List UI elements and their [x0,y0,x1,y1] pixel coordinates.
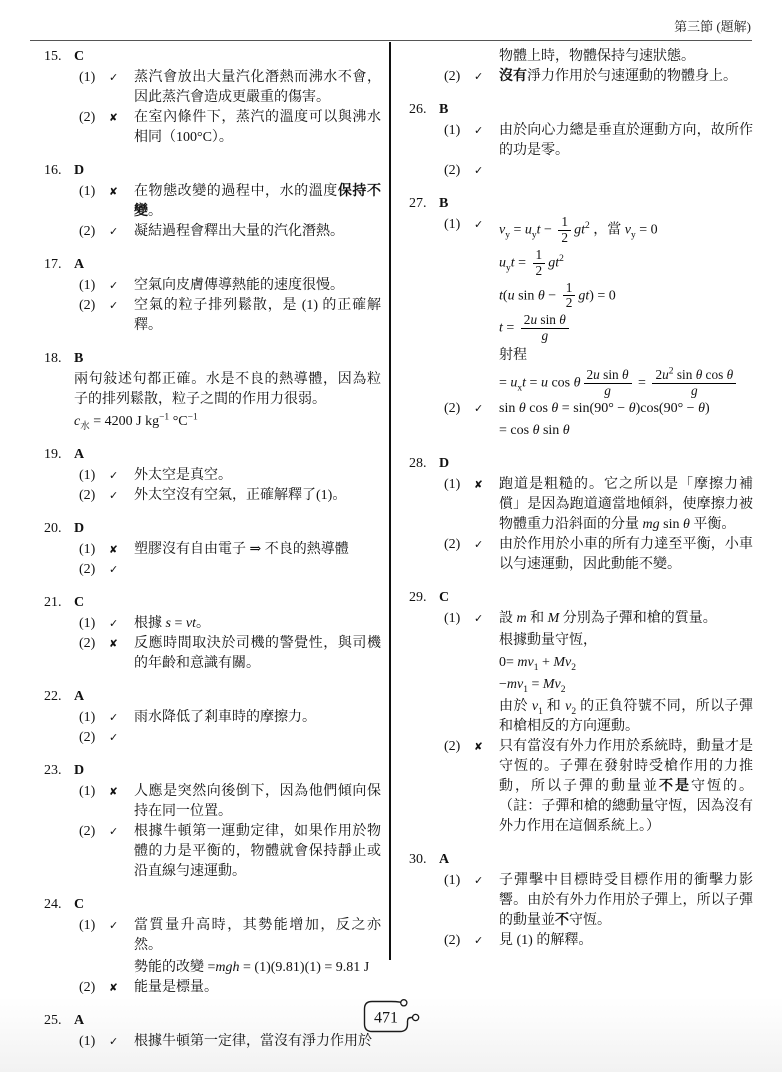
text-line: 凝結過程會釋出大量的汽化潛熱。 [134,222,381,242]
answer-item-30: 30.A(1)✓子彈擊中目標時受目標作用的衝擊力影響。由於有外力作用於子彈上，所… [409,850,753,951]
text-segment: Mv [543,677,561,692]
part-label: (2) [444,535,474,555]
answer-letter: C [74,49,84,64]
question-number: 24. [44,895,74,915]
text-segment: 2 [561,685,566,695]
check-icon: ✓ [474,609,499,629]
text-line: 在室內條件下，蒸汽的溫度可以與沸水相同（100°C）。 [134,108,381,148]
fraction-numerator: 2u sin θ [521,313,569,328]
answer-item-20: 20.D(1)✘塑膠沒有自由電子 ⇒ 不良的熱導體(2)✓ [44,519,381,580]
fraction: 12 [558,215,571,246]
question-number: 23. [44,761,74,781]
check-icon: ✓ [474,535,499,555]
check-icon: ✓ [109,276,134,296]
part-text: 見 (1) 的解釋。 [499,931,753,951]
part-text: 凝結過程會釋出大量的汽化潛熱。 [134,222,381,242]
text-segment: −1 [188,412,198,422]
cross-icon: ✘ [109,540,134,560]
text-segment: u [508,288,515,303]
answer-heading: 24.C [44,895,381,915]
text-line: 跑道是粗糙的。它之所以是「摩擦力補償」是因為跑道適當地傾斜，使摩擦力被物體重力沿… [499,475,753,535]
column-divider [389,42,391,960]
text-segment: 水 [80,422,90,432]
answer-heading: 19.A [44,445,381,465]
part-label: (1) [79,276,109,296]
text-line: vy = uyt − 12gt2 ，當 vy = 0 [499,215,753,246]
text-segment: θ [727,367,734,382]
answer-part: (1)✓雨水降低了剎車時的摩擦力。 [79,708,381,728]
text-line: sin θ cos θ = sin(90° − θ)cos(90° − θ) [499,399,753,419]
part-label: (1) [79,916,109,936]
text-segment: θ [683,517,690,532]
answer-part: 物體上時，物體保持勻速狀態。 [444,47,753,67]
part-label: (1) [79,540,109,560]
text-segment: 不是 [659,779,691,794]
text-segment: 2 [559,254,564,264]
part-label: (2) [79,486,109,506]
answer-item-continued: 物體上時，物體保持勻速狀態。(2)✓沒有淨力作用於勻速運動的物體身上。 [409,47,753,87]
fraction-denominator: 2 [533,263,546,279]
text-line: t(u sin θ − 12gt) = 0 [499,281,753,312]
question-number: 15. [44,47,74,67]
text-line: 人應是突然向後倒下，因為他們傾向保持在同一位置。 [134,782,381,822]
text-line: 空氣的粒子排列鬆散，是 (1) 的正確解釋。 [134,296,381,336]
part-label: (1) [79,466,109,486]
check-icon: ✓ [109,916,134,936]
text-line: 射程 [499,346,753,366]
text-line: 見 (1) 的解釋。 [499,931,753,951]
part-label: (2) [79,822,109,842]
answer-part: (1)✓子彈擊中目標時受目標作用的衝擊力影響。由於有外力作用於子彈上，所以子彈的… [444,871,753,931]
part-text: 根據牛頓第一運動定律，如果作用於物體的力是平衡的，物體就會保持靜止或沿直線勻速運… [134,822,381,882]
answer-part: (2)✓sin θ cos θ = sin(90° − θ)cos(90° − … [444,399,753,441]
check-icon: ✓ [474,399,499,419]
answer-item-15: 15.C(1)✓蒸汽會放出大量汽化潛熱而沸水不會，因此蒸汽會造成更嚴重的傷害。(… [44,47,381,148]
part-label: (2) [79,296,109,316]
check-icon: ✓ [109,68,134,88]
answer-item-16: 16.D(1)✘在物態改變的過程中，水的溫度保持不變。(2)✓凝結過程會釋出大量… [44,161,381,242]
question-number: 26. [409,100,439,120]
text-line: 空氣向皮膚傳導熱能的速度很慢。 [134,276,381,296]
check-icon: ✓ [474,931,499,951]
answer-heading: 15.C [44,47,381,67]
text-line: 能量是標量。 [134,978,381,998]
text-segment: 1 [534,663,539,673]
answer-part: (2)✓由於作用於小車的所有力達至平衡，小車以勻速運動，因此動能不變。 [444,535,753,575]
text-segment: 2 [585,221,590,231]
text-segment: M [548,611,560,626]
answer-heading: 25.A [44,1011,381,1031]
answer-letter: D [74,763,84,778]
part-text: sin θ cos θ = sin(90° − θ)cos(90° − θ)= … [499,399,753,441]
answer-part: (2)✓外太空沒有空氣，正確解釋了(1)。 [79,486,381,506]
question-number: 17. [44,255,74,275]
text-segment: u [593,367,600,382]
answer-heading: 28.D [409,454,753,474]
answer-part: (1)✓根據 s = vt。 [79,614,381,634]
text-segment: vt [186,616,196,631]
text-line: 當質量升高時，其勢能增加，反之亦然。 [134,916,381,956]
answer-part: (1)✘在物態改變的過程中，水的溫度保持不變。 [79,182,381,222]
question-number: 22. [44,687,74,707]
part-label: (1) [444,475,474,495]
part-label: (2) [444,737,474,757]
text-segment: 保持不變 [134,184,381,219]
answer-part: (1)✓根據牛頓第一定律，當沒有淨力作用於 [79,1032,381,1052]
part-text: 雨水降低了剎車時的摩擦力。 [134,708,381,728]
answer-heading: 30.A [409,850,753,870]
text-segment: s [166,616,171,631]
part-label: (1) [444,871,474,891]
text-segment: u [662,367,669,382]
text-segment: θ [533,423,540,438]
question-number: 25. [44,1011,74,1031]
check-icon: ✓ [109,466,134,486]
answer-part: (2)✓沒有淨力作用於勻速運動的物體身上。 [444,67,753,87]
part-label: (1) [79,1032,109,1052]
page-number-frame: 471 [357,996,423,1038]
text-segment: −1 [159,412,169,422]
answer-item-26: 26.B(1)✓由於向心力總是垂直於運動方向，故所作的功是零。(2)✓ [409,100,753,181]
text-segment: Mv [553,655,571,670]
check-icon: ✓ [109,296,134,316]
text-segment: 2 [571,707,576,717]
answer-letter: B [439,196,448,211]
part-text: 在物態改變的過程中，水的溫度保持不變。 [134,182,381,222]
answer-part: (1)✘跑道是粗糙的。它之所以是「摩擦力補償」是因為跑道適當地傾斜，使摩擦力被物… [444,475,753,535]
part-label: (1) [79,68,109,88]
check-icon: ✓ [474,121,499,141]
check-icon: ✓ [474,871,499,891]
answer-part: (2)✓根據牛頓第一運動定律，如果作用於物體的力是平衡的，物體就會保持靜止或沿直… [79,822,381,882]
part-text: vy = uyt − 12gt2 ，當 vy = 0uyt = 12gt2t(u… [499,215,753,399]
answer-part: (1)✓外太空是真空。 [79,466,381,486]
question-number: 29. [409,588,439,608]
check-icon: ✓ [109,560,134,580]
text-line: 由於作用於小車的所有力達至平衡，小車以勻速運動，因此動能不變。 [499,535,753,575]
fraction-denominator: 2 [563,295,576,311]
text-segment: θ [698,401,705,416]
text-segment: 1 [538,707,543,717]
page-number-badge: 471 [357,996,423,1038]
check-icon: ✓ [109,708,134,728]
question-number: 30. [409,850,439,870]
text-segment: g [541,328,548,343]
answer-letter: B [439,102,448,117]
part-label: (2) [79,560,109,580]
question-number: 16. [44,161,74,181]
answer-part: (1)✓vy = uyt − 12gt2 ，當 vy = 0uyt = 12gt… [444,215,753,399]
text-segment: θ [551,401,558,416]
answer-item-19: 19.A(1)✓外太空是真空。(2)✓外太空沒有空氣，正確解釋了(1)。 [44,445,381,506]
text-segment: mgh [215,960,239,975]
part-text: 沒有淨力作用於勻速運動的物體身上。 [499,67,753,87]
answer-part: (2)✘只有當沒有外力作用於系統時，動量才是守恆的。子彈在發射時受槍作用的力推動… [444,737,753,837]
question-number: 27. [409,194,439,214]
fraction-numerator: 1 [533,248,546,263]
text-segment: y [505,230,510,240]
check-icon: ✓ [474,67,499,87]
answer-heading: 20.D [44,519,381,539]
answer-heading: 22.A [44,687,381,707]
answer-part: (2)✓凝結過程會釋出大量的汽化潛熱。 [79,222,381,242]
answer-part: (1)✓蒸汽會放出大量汽化潛熱而沸水不會，因此蒸汽會造成更嚴重的傷害。 [79,68,381,108]
answer-heading: 21.C [44,593,381,613]
check-icon: ✓ [109,614,134,634]
text-line: 由於 v1 和 v2 的正負符號不同，所以子彈和槍相反的方向運動。 [499,697,753,737]
text-segment: 1 [523,685,528,695]
text-segment: mg [643,517,660,532]
part-text: 人應是突然向後倒下，因為他們傾向保持在同一位置。 [134,782,381,822]
fraction-denominator: g [521,328,569,344]
answer-letter: D [74,521,84,536]
text-segment: θ [538,288,545,303]
part-text: 由於作用於小車的所有力達至平衡，小車以勻速運動，因此動能不變。 [499,535,753,575]
answer-part: (2)✘在室內條件下，蒸汽的溫度可以與沸水相同（100°C）。 [79,108,381,148]
text-segment: t [499,288,503,303]
answer-letter: D [74,163,84,178]
right-column: 物體上時，物體保持勻速狀態。(2)✓沒有淨力作用於勻速運動的物體身上。26.B(… [409,47,753,964]
check-icon: ✓ [109,486,134,506]
part-label: (1) [444,609,474,629]
part-label: (2) [444,931,474,951]
answer-part: (1)✓空氣向皮膚傳導熱能的速度很慢。 [79,276,381,296]
check-icon: ✓ [474,161,499,181]
section-title: 第三節 (題解) [674,17,751,37]
answer-item-17: 17.A(1)✓空氣向皮膚傳導熱能的速度很慢。(2)✓空氣的粒子排列鬆散，是 (… [44,255,381,336]
part-label: (2) [79,222,109,242]
text-segment: gt [548,255,559,270]
part-text: 外太空沒有空氣，正確解釋了(1)。 [134,486,381,506]
text-segment: θ [622,367,629,382]
text-segment: θ [519,401,526,416]
fraction-numerator: 1 [558,215,571,230]
text-segment: u [541,376,548,391]
part-label: (1) [79,614,109,634]
text-line: 物體上時，物體保持勻速狀態。 [499,47,753,67]
part-text: 子彈擊中目標時受目標作用的衝擊力影響。由於有外力作用於子彈上，所以子彈的動量並不… [499,871,753,931]
text-line: 子彈擊中目標時受目標作用的衝擊力影響。由於有外力作用於子彈上，所以子彈的動量並不… [499,871,753,931]
part-label: (2) [444,67,474,87]
answer-letter: C [439,590,449,605]
answer-part: (1)✓設 m 和 M 分別為子彈和槍的質量。根據動量守恆，0= mv1 + M… [444,609,753,737]
part-text: 跑道是粗糙的。它之所以是「摩擦力補償」是因為跑道適當地傾斜，使摩擦力被物體重力沿… [499,475,753,535]
answer-letter: C [74,897,84,912]
text-segment: gt [578,288,589,303]
answer-item-21: 21.C(1)✓根據 s = vt。(2)✘反應時間取決於司機的警覺性，與司機的… [44,593,381,674]
text-line: 蒸汽會放出大量汽化潛熱而沸水不會，因此蒸汽會造成更嚴重的傷害。 [134,68,381,108]
text-segment: 不 [555,913,569,928]
text-line: t = 2u sin θg [499,313,753,344]
part-label: (2) [79,108,109,128]
text-line: 雨水降低了剎車時的摩擦力。 [134,708,381,728]
question-number: 28. [409,454,439,474]
part-label: (1) [444,215,474,235]
fraction: 12 [533,248,546,279]
check-icon: ✓ [474,215,499,235]
check-icon: ✓ [109,822,134,842]
part-label: (1) [79,182,109,202]
answer-letter: B [74,351,83,366]
page-number: 471 [374,1010,398,1027]
text-line: = uxt = u cos θ2u sin θg = 2u2 sin θ cos… [499,368,753,399]
text-line: 只有當沒有外力作用於系統時，動量才是守恆的。子彈在發射時受槍作用的力推動，所以子… [499,737,753,837]
answer-item-23: 23.D(1)✘人應是突然向後倒下，因為他們傾向保持在同一位置。(2)✓根據牛頓… [44,761,381,882]
part-text: 塑膠沒有自由電子 ⇒ 不良的熱導體 [134,540,381,560]
text-segment: θ [696,367,703,382]
answer-heading: 16.D [44,161,381,181]
text-line: 外太空是真空。 [134,466,381,486]
text-segment: θ [559,312,566,327]
part-text: 根據牛頓第一定律，當沒有淨力作用於 [134,1032,381,1052]
text-segment: g [604,383,611,398]
text-segment: θ [574,376,581,391]
text-line: 根據牛頓第一定律，當沒有淨力作用於 [134,1032,381,1052]
text-segment: y [631,230,636,240]
part-label: (1) [79,708,109,728]
answer-part: (2)✘能量是標量。 [79,978,381,998]
text-segment: mv [517,655,533,670]
text-line: 勢能的改變 =mgh = (1)(9.81)(1) = 9.81 J [134,958,381,978]
fraction-numerator: 2u2 sin θ cos θ [652,368,736,383]
part-label: (2) [444,161,474,181]
check-icon: ✓ [109,222,134,242]
text-line: −mv1 = Mv2 [499,675,753,695]
answer-letter: A [74,257,84,272]
part-text: 能量是標量。 [134,978,381,998]
answer-part: (1)✓當質量升高時，其勢能增加，反之亦然。勢能的改變 =mgh = (1)(9… [79,916,381,978]
check-icon: ✓ [109,1032,134,1052]
question-number: 21. [44,593,74,613]
answer-part: (2)✘反應時間取決於司機的警覺性，與司機的年齡和意識有關。 [79,634,381,674]
text-segment: θ [563,423,570,438]
text-segment: t [537,223,541,238]
answer-item-28: 28.D(1)✘跑道是粗糙的。它之所以是「摩擦力補償」是因為跑道適當地傾斜，使摩… [409,454,753,575]
question-number: 18. [44,349,74,369]
cross-icon: ✘ [109,182,134,202]
fraction-denominator: 2 [558,230,571,246]
text-segment: m [517,611,527,626]
text-line: 設 m 和 M 分別為子彈和槍的質量。 [499,609,753,629]
text-segment: 2 [669,367,674,377]
text-segment: 沒有 [499,69,527,84]
part-text: 蒸汽會放出大量汽化潛熱而沸水不會，因此蒸汽會造成更嚴重的傷害。 [134,68,381,108]
part-label: (2) [79,978,109,998]
fraction: 2u sin θg [521,313,569,344]
answer-heading: 27.B [409,194,753,214]
part-label: (1) [79,782,109,802]
answer-heading: 17.A [44,255,381,275]
page: 第三節 (題解) 15.C(1)✓蒸汽會放出大量汽化潛熱而沸水不會，因此蒸汽會造… [0,0,782,1072]
text-line: 0= mv1 + Mv2 [499,653,753,673]
part-text: 由於向心力總是垂直於運動方向，故所作的功是零。 [499,121,753,161]
text-line: 根據牛頓第一運動定律，如果作用於物體的力是平衡的，物體就會保持靜止或沿直線勻速運… [134,822,381,882]
answer-heading: 23.D [44,761,381,781]
cross-icon: ✘ [109,634,134,654]
answer-part: (1)✘塑膠沒有自由電子 ⇒ 不良的熱導體 [79,540,381,560]
answer-part: (2)✓ [444,161,753,181]
answer-part: (1)✓由於向心力總是垂直於運動方向，故所作的功是零。 [444,121,753,161]
header-rule [30,40,752,41]
part-label: (2) [444,399,474,419]
text-segment: θ [629,401,636,416]
cross-icon: ✘ [474,475,499,495]
answer-item-18: 18.B兩句敍述句都正確。水是不良的熱導體，因為粒子的排列鬆散，粒子之間的作用力… [44,349,381,432]
text-segment: mv [507,677,523,692]
text-segment: gt [574,223,585,238]
answer-letter: D [439,456,449,471]
answer-part: (2)✓ [79,560,381,580]
part-text: 空氣的粒子排列鬆散，是 (1) 的正確解釋。 [134,296,381,336]
answer-heading: 26.B [409,100,753,120]
cross-icon: ✘ [109,978,134,998]
part-text: 只有當沒有外力作用於系統時，動量才是守恆的。子彈在發射時受槍作用的力推動，所以子… [499,737,753,837]
text-line: = cos θ sin θ [499,421,753,441]
part-text: 設 m 和 M 分別為子彈和槍的質量。根據動量守恆，0= mv1 + Mv2−m… [499,609,753,737]
part-label: (1) [444,121,474,141]
cross-icon: ✘ [474,737,499,757]
text-line: 根據動量守恆， [499,631,753,651]
text-segment: 2 [571,663,576,673]
part-text: 反應時間取決於司機的警覺性，與司機的年齡和意識有關。 [134,634,381,674]
fraction-denominator: g [652,383,736,399]
text-line: 塑膠沒有自由電子 ⇒ 不良的熱導體 [134,540,381,560]
question-number: 19. [44,445,74,465]
answer-item-24: 24.C(1)✓當質量升高時，其勢能增加，反之亦然。勢能的改變 =mgh = (… [44,895,381,998]
part-text: 空氣向皮膚傳導熱能的速度很慢。 [134,276,381,296]
question-number: 20. [44,519,74,539]
text-segment: u [530,312,537,327]
answer-item-25: 25.A(1)✓根據牛頓第一定律，當沒有淨力作用於 [44,1011,381,1052]
text-line: 根據 s = vt。 [134,614,381,634]
text-line: c水 = 4200 J kg−1 °C−1 [74,412,381,432]
part-text: 外太空是真空。 [134,466,381,486]
text-segment: u [499,255,506,270]
answer-heading: 29.C [409,588,753,608]
check-icon: ✓ [109,728,134,748]
text-line: 反應時間取決於司機的警覺性，與司機的年齡和意識有關。 [134,634,381,674]
fraction: 2u sin θg [584,368,632,399]
answer-part: (2)✓ [79,728,381,748]
part-text: 當質量升高時，其勢能增加，反之亦然。勢能的改變 =mgh = (1)(9.81)… [134,916,381,978]
part-label: (2) [79,634,109,654]
answer-letter: A [74,689,84,704]
cross-icon: ✘ [109,782,134,802]
text-segment: t [511,255,515,270]
text-line: 在物態改變的過程中，水的溫度保持不變。 [134,182,381,222]
answer-letter: C [74,595,84,610]
text-segment: t [522,376,526,391]
part-text: 在室內條件下，蒸汽的溫度可以與沸水相同（100°C）。 [134,108,381,148]
answer-heading: 18.B [44,349,381,369]
answer-item-29: 29.C(1)✓設 m 和 M 分別為子彈和槍的質量。根據動量守恆，0= mv1… [409,588,753,837]
text-line: 外太空沒有空氣，正確解釋了(1)。 [134,486,381,506]
answer-part: (2)✓見 (1) 的解釋。 [444,931,753,951]
answer-letter: A [74,1013,84,1028]
answer-part: (1)✘人應是突然向後倒下，因為他們傾向保持在同一位置。 [79,782,381,822]
text-line: 沒有淨力作用於勻速運動的物體身上。 [499,67,753,87]
answer-letter: A [74,447,84,462]
text-segment: g [691,383,698,398]
fraction: 12 [563,281,576,312]
text-line: uyt = 12gt2 [499,248,753,279]
part-text: 根據 s = vt。 [134,614,381,634]
left-column: 15.C(1)✓蒸汽會放出大量汽化潛熱而沸水不會，因此蒸汽會造成更嚴重的傷害。(… [44,47,381,1065]
cross-icon: ✘ [109,108,134,128]
fraction-denominator: g [584,383,632,399]
part-text: 物體上時，物體保持勻速狀態。 [499,47,753,67]
answer-item-22: 22.A(1)✓雨水降低了剎車時的摩擦力。(2)✓ [44,687,381,748]
